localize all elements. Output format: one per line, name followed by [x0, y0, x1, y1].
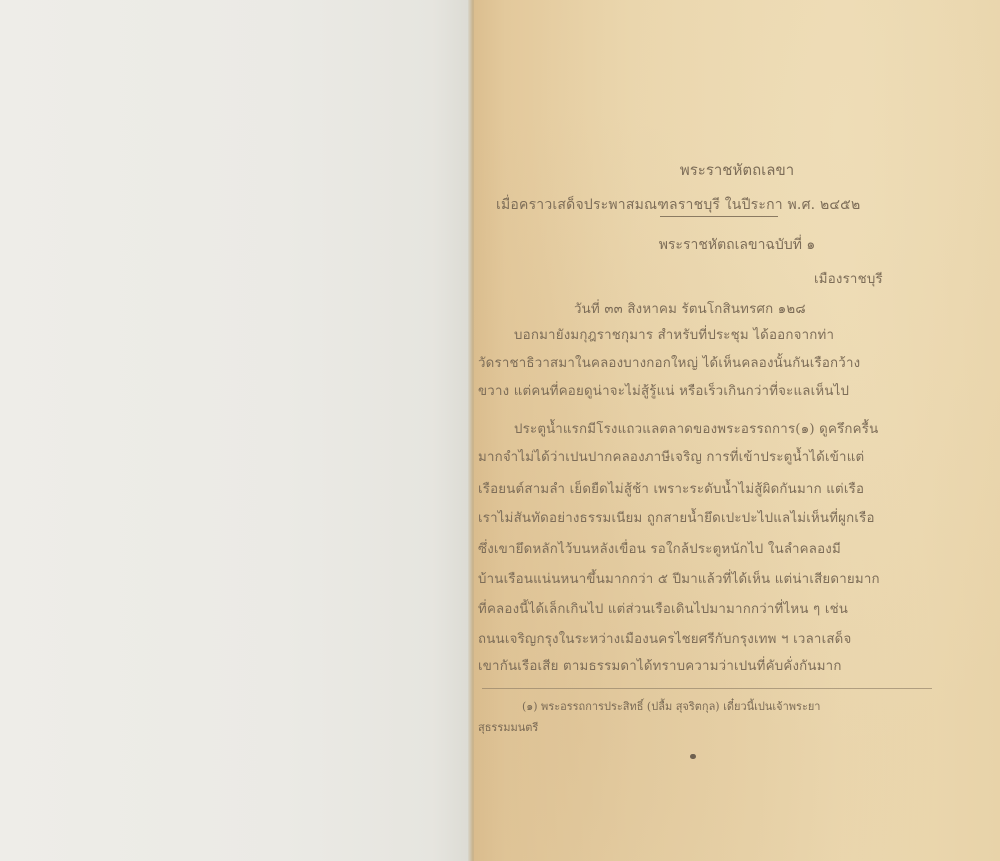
body-line: เขากันเรือเสีย ตามธรรมดาได้ทราบความว่าเป… — [478, 655, 842, 676]
letter-title: พระราชหัตถเลขาฉบับที่ ๑ — [474, 234, 1000, 256]
body-line: ที่คลองนี้ได้เล็กเกินไป แต่ส่วนเรือเดินไ… — [478, 598, 848, 619]
body-line: ประตูน้ำแรกมีโรงแถวแลตลาดของพระอรรถการ(๑… — [514, 418, 878, 439]
body-line: ซึ่งเขายึดหลักไว้บนหลังเขื่อน รอใกล้ประต… — [478, 538, 841, 559]
footnote-divider — [482, 688, 932, 689]
right-page: พระราชหัตถเลขา เมื่อคราวเสด็จประพาสมณฑลร… — [474, 0, 1000, 861]
body-line: ถนนเจริญกรุงในระหว่างเมืองนครไชยศรีกับกร… — [478, 628, 851, 649]
footnote-line: สุธรรมมนตรี — [478, 718, 538, 736]
body-line: มากจำไม่ได้ว่าเปนปากคลองภาษีเจริญ การที่… — [478, 446, 864, 467]
footnote-line: (๑) พระอรรถการประสิทธิ์ (ปลื้ม สุจริตกุล… — [522, 697, 820, 715]
title-underline — [660, 216, 778, 217]
body-line: ขวาง แต่คนที่คอยดูน่าจะไม่สู้รู้แน่ หรือ… — [478, 380, 849, 401]
body-line: เรือยนต์สามลำ เย็ดยืดไม่สู้ช้า เพราะระดั… — [478, 478, 864, 499]
body-line: บอกมายังมกุฎราชกุมาร สำหรับที่ประชุม ได้… — [514, 324, 834, 345]
date-line: วันที่ ๓๓ สิงหาคม รัตนโกสินทรศก ๑๒๘ — [574, 298, 806, 319]
page-subheading: เมื่อคราวเสด็จประพาสมณฑลราชบุรี ในปีระกา… — [496, 194, 860, 216]
page-number-mark — [690, 754, 696, 759]
body-line: บ้านเรือนแน่นหนาขึ้นมากกว่า ๕ ปีมาแล้วที… — [478, 568, 880, 589]
body-line: วัดราชาธิวาสมาในคลองบางกอกใหญ่ ได้เห็นคล… — [478, 352, 860, 373]
place-line: เมืองราชบุรี — [814, 268, 883, 289]
body-line: เราไม่สันทัดอย่างธรรมเนียม ถูกสายน้ำยึดเ… — [478, 507, 875, 528]
page-heading: พระราชหัตถเลขา — [474, 158, 1000, 182]
left-blank-page — [0, 0, 470, 861]
